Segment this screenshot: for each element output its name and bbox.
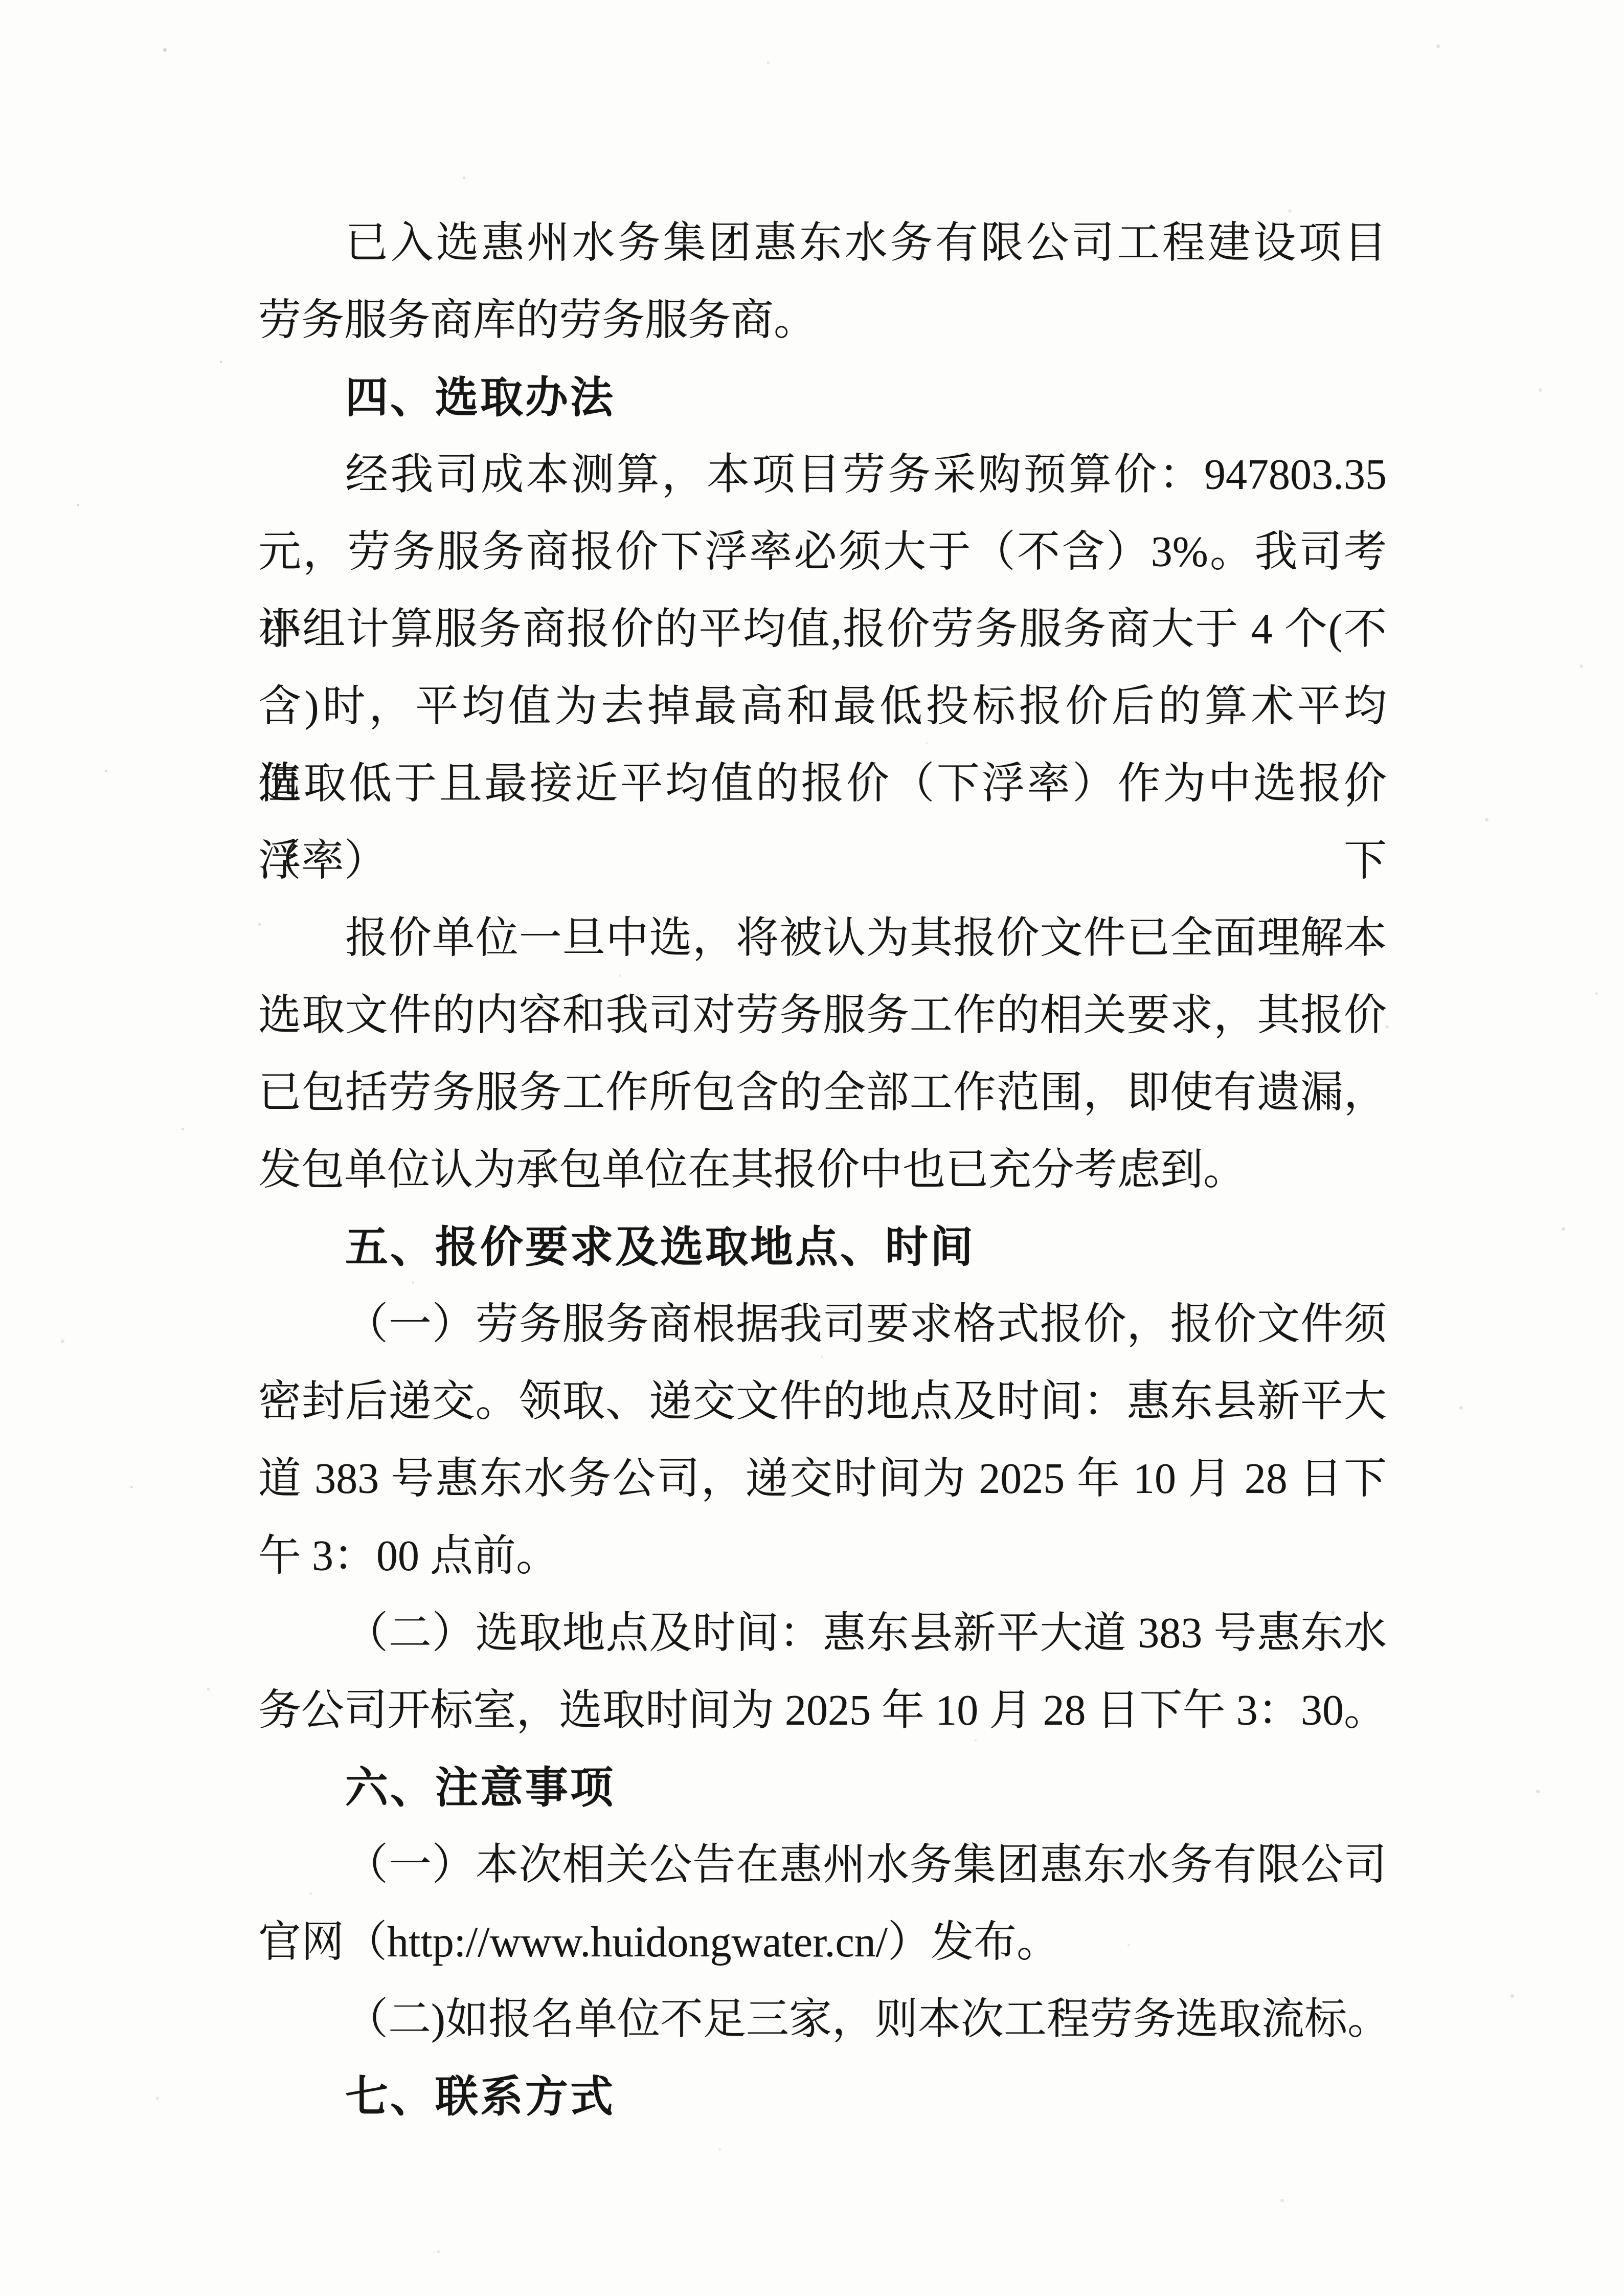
text-line: 报价单位一旦中选，将被认为其报价文件已全面理解本 xyxy=(258,900,1387,977)
text-line: 选取文件的内容和我司对劳务服务工作的相关要求，其报价 xyxy=(258,977,1387,1054)
text-line: 官网（http://www.huidongwater.cn/）发布。 xyxy=(258,1904,1387,1981)
text-line: 已入选惠州水务集团惠东水务有限公司工程建设项目 xyxy=(258,205,1387,282)
text-line: （二）选取地点及时间：惠东县新平大道 383 号惠东水 xyxy=(258,1595,1387,1672)
text-line: 小组计算服务商报价的平均值,报价劳务服务商大于 4 个(不 xyxy=(258,591,1387,668)
text-line: 道 383 号惠东水务公司，递交时间为 2025 年 10 月 28 日下 xyxy=(258,1440,1387,1518)
scan-noise xyxy=(0,0,3,3)
text-line: （一）劳务服务商根据我司要求格式报价，报价文件须 xyxy=(258,1286,1387,1363)
text-line: 密封后递交。领取、递交文件的地点及时间：惠东县新平大 xyxy=(258,1363,1387,1440)
text-line: 含)时，平均值为去掉最高和最低投标报价后的算术平均值， xyxy=(258,668,1387,745)
text-line: （二)如报名单位不足三家，则本次工程劳务选取流标。 xyxy=(258,1981,1387,2058)
text-line: 已包括劳务服务工作所包含的全部工作范围，即使有遗漏， xyxy=(258,1054,1387,1131)
text-line: 劳务服务商库的劳务服务商。 xyxy=(258,282,1387,359)
document-text-block: 已入选惠州水务集团惠东水务有限公司工程建设项目劳务服务商库的劳务服务商。四、选取… xyxy=(258,205,1387,2135)
section-heading: 七、联系方式 xyxy=(258,2058,1387,2135)
document-page: 已入选惠州水务集团惠东水务有限公司工程建设项目劳务服务商库的劳务服务商。四、选取… xyxy=(0,0,1624,2296)
text-line: 务公司开标室，选取时间为 2025 年 10 月 28 日下午 3：30。 xyxy=(258,1672,1387,1749)
text-line: 发包单位认为承包单位在其报价中也已充分考虑到。 xyxy=(258,1131,1387,1209)
text-line: 选取低于且最接近平均值的报价（下浮率）作为中选报价（下 xyxy=(258,745,1387,822)
text-line: （一）本次相关公告在惠州水务集团惠东水务有限公司 xyxy=(258,1826,1387,1904)
section-heading: 六、注意事项 xyxy=(258,1749,1387,1826)
section-heading: 五、报价要求及选取地点、时间 xyxy=(258,1209,1387,1286)
text-line: 元，劳务服务商报价下浮率必须大于（不含）3%。我司考评 xyxy=(258,514,1387,591)
text-line: 经我司成本测算，本项目劳务采购预算价：947803.35 xyxy=(258,436,1387,514)
text-line: 午 3：00 点前。 xyxy=(258,1518,1387,1595)
section-heading: 四、选取办法 xyxy=(258,359,1387,436)
